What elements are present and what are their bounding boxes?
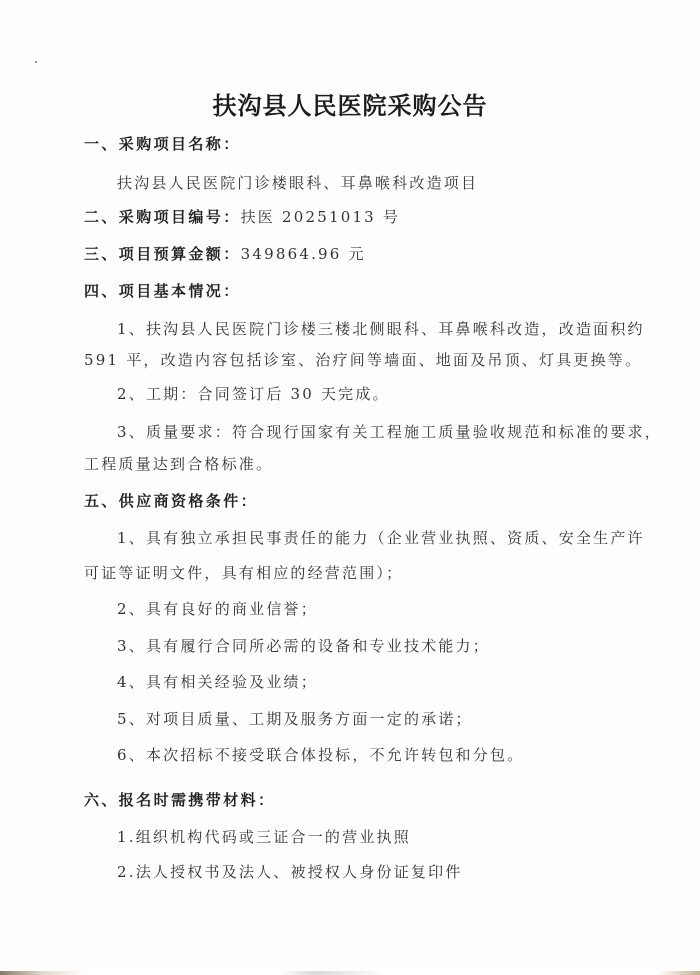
qualification-item-2: 2、具有良好的商业信誉； [117, 598, 318, 619]
project-info-item-2: 2、工期：合同签订后 30 天完成。 [117, 383, 390, 404]
budget-amount: 349864.96 元 [241, 245, 366, 263]
project-info-item-3-cont: 工程质量达到合格标准。 [84, 453, 273, 474]
material-item-2: 2.法人授权书及法人、被授权人身份证复印件 [117, 861, 463, 882]
project-number-row: 二、采购项目编号：扶医 20251013 号 [84, 206, 400, 227]
section-heading-4: 四、项目基本情况： [84, 280, 241, 301]
section-heading-6: 六、报名时需携带材料： [84, 789, 275, 810]
qualification-item-3: 3、具有履行合同所必需的设备和专业技术能力； [117, 635, 490, 656]
section-heading-5: 五、供应商资格条件： [84, 490, 258, 511]
project-number: 扶医 20251013 号 [241, 208, 400, 226]
qualification-item-6: 6、本次招标不接受联合体投标，不允许转包和分包。 [117, 744, 524, 765]
budget-row: 三、项目预算金额：349864.96 元 [84, 243, 366, 264]
qualification-item-1: 1、具有独立承担民事责任的能力（企业营业执照、资质、安全生产许 [117, 527, 645, 548]
scan-speck [35, 61, 37, 63]
section-heading-1: 一、采购项目名称： [84, 133, 241, 154]
project-name: 扶沟县人民医院门诊楼眼科、耳鼻喉科改造项目 [117, 172, 478, 193]
scanned-page: 扶沟县人民医院采购公告 一、采购项目名称： 扶沟县人民医院门诊楼眼科、耳鼻喉科改… [0, 0, 700, 975]
qualification-item-1-cont: 可证等证明文件，具有相应的经营范围）； [84, 562, 403, 583]
scan-edge-shadow [0, 971, 700, 975]
material-item-1: 1.组织机构代码或三证合一的营业执照 [117, 826, 411, 847]
page-title: 扶沟县人民医院采购公告 [0, 86, 700, 121]
section-heading-3: 三、项目预算金额： [84, 245, 241, 263]
project-info-item-3: 3、质量要求：符合现行国家有关工程施工质量验收规范和标准的要求， [117, 421, 662, 442]
qualification-item-5: 5、对项目质量、工期及服务方面一定的承诺； [117, 708, 473, 729]
qualification-item-4: 4、具有相关经验及业绩； [117, 671, 318, 692]
section-heading-2: 二、采购项目编号： [84, 208, 241, 226]
project-info-item-1-cont: 591 平，改造内容包括诊室、治疗间等墙面、地面及吊顶、灯具更换等。 [84, 349, 642, 370]
project-info-item-1: 1、扶沟县人民医院门诊楼三楼北侧眼科、耳鼻喉科改造，改造面积约 [117, 318, 645, 339]
